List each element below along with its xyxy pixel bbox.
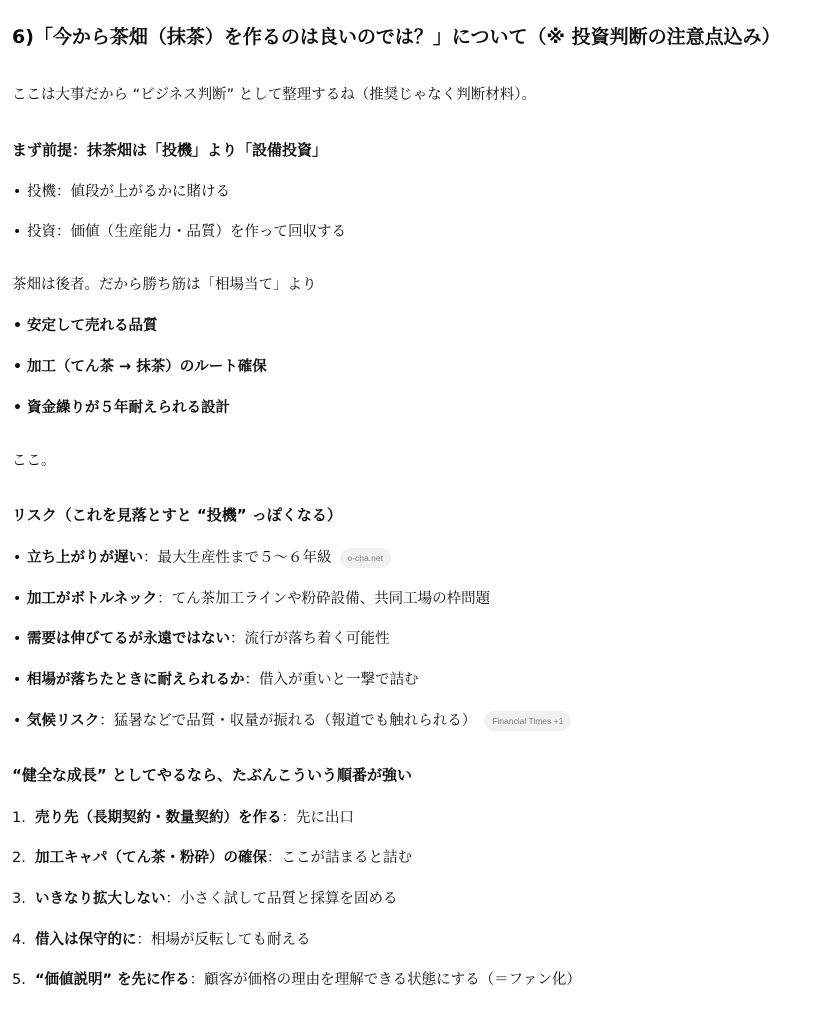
premise-heading: まず前提：抹茶畑は「投機」より「設備投資」 xyxy=(12,139,327,161)
item-label: 需要は伸びてるが永遠ではない xyxy=(27,628,230,650)
item-label: 投資 xyxy=(27,221,56,243)
item-text: 相場が反転しても耐える xyxy=(151,929,311,951)
growth-list-item: 3. いきなり拡大しない：小さく試して品質と採算を固める xyxy=(12,888,398,910)
winning-list-item: • 資金繰りが５年耐えられる設計 xyxy=(12,397,230,419)
item-label: 気候リスク xyxy=(27,710,99,732)
item-label: 加工がボトルネック xyxy=(27,588,157,610)
risk-list-item: • 需要は伸びてるが永遠ではない：流行が落ち着く可能性 xyxy=(12,628,390,650)
item-text: 資金繰りが５年耐えられる設計 xyxy=(27,397,230,419)
item-label: 加工キャパ（てん茶・粉砕）の確保 xyxy=(35,847,267,869)
bullet-icon: • xyxy=(12,181,27,203)
item-label: いきなり拡大しない xyxy=(35,888,166,910)
item-label: 相場が落ちたときに耐えられるか xyxy=(27,669,245,691)
item-text: 価値（生産能力・品質）を作って回収する xyxy=(71,221,347,243)
item-separator: ： xyxy=(143,547,158,569)
item-label: 借入は保守的に xyxy=(35,929,137,951)
item-number: 3. xyxy=(12,888,35,910)
growth-list-item: 2. 加工キャパ（てん茶・粉砕）の確保：ここが詰まると詰む xyxy=(12,847,412,869)
item-text: 安定して売れる品質 xyxy=(27,315,158,337)
winning-list-item: • 加工（てん茶 → 抹茶）のルート確保 xyxy=(12,356,267,378)
item-text: 借入が重いと一撃で詰む xyxy=(259,669,419,691)
winning-tail-paragraph: ここ。 xyxy=(12,450,56,472)
item-separator: ： xyxy=(190,969,205,991)
section-heading: 6)「今から茶畑（抹茶）を作るのは良いのでは？」について（※ 投資判断の注意点込… xyxy=(12,24,781,50)
item-text: 先に出口 xyxy=(296,807,354,829)
bullet-icon: • xyxy=(12,547,27,569)
item-text: 顧客が価格の理由を理解できる状態にする（＝ファン化） xyxy=(204,969,581,991)
risks-heading: リスク（これを見落とすと “投機” っぽくなる） xyxy=(12,504,342,526)
item-text: 値段が上がるかに賭ける xyxy=(71,181,231,203)
source-citation-pill[interactable]: Financial Times +1 xyxy=(484,711,571,731)
bullet-icon: • xyxy=(12,315,27,337)
item-separator: ： xyxy=(99,710,114,732)
bullet-icon: • xyxy=(12,710,27,732)
risk-list-item: • 気候リスク：猛暑などで品質・収量が振れる（報道でも触れられる） Financ… xyxy=(12,710,571,732)
item-label: 投機 xyxy=(27,181,56,203)
item-number: 1. xyxy=(12,807,35,829)
item-separator: ： xyxy=(230,628,245,650)
winning-list-item: • 安定して売れる品質 xyxy=(12,315,158,337)
item-separator: ： xyxy=(267,847,282,869)
risk-list-item: • 加工がボトルネック：てん茶加工ラインや粉砕設備、共同工場の枠問題 xyxy=(12,588,490,610)
premise-list-item: • 投資：価値（生産能力・品質）を作って回収する xyxy=(12,221,346,243)
item-text: 猛暑などで品質・収量が振れる（報道でも触れられる） xyxy=(114,710,477,732)
growth-list-item: 1. 売り先（長期契約・数量契約）を作る：先に出口 xyxy=(12,807,354,829)
item-label: 立ち上がりが遅い xyxy=(27,547,143,569)
winning-lead-paragraph: 茶畑は後者。だから勝ち筋は「相場当て」より xyxy=(12,274,317,296)
item-separator: ： xyxy=(137,929,152,951)
source-citation-pill[interactable]: o-cha.net xyxy=(340,548,391,568)
risk-list-item: • 立ち上がりが遅い：最大生産性まで５〜６年級 o-cha.net xyxy=(12,547,391,569)
bullet-icon: • xyxy=(12,669,27,691)
item-separator: ： xyxy=(56,181,71,203)
item-text: 最大生産性まで５〜６年級 xyxy=(158,547,332,569)
item-text: 小さく試して品質と採算を固める xyxy=(180,888,398,910)
growth-list-item: 5. “価値説明” を先に作る：顧客が価格の理由を理解できる状態にする（＝ファン… xyxy=(12,969,581,991)
growth-list-item: 4. 借入は保守的に：相場が反転しても耐える xyxy=(12,929,311,951)
item-separator: ： xyxy=(245,669,260,691)
item-text: ここが詰まると詰む xyxy=(282,847,413,869)
item-separator: ： xyxy=(157,588,172,610)
item-text: てん茶加工ラインや粉砕設備、共同工場の枠問題 xyxy=(172,588,491,610)
item-label: “価値説明” を先に作る xyxy=(35,969,190,991)
item-separator: ： xyxy=(282,807,297,829)
bullet-icon: • xyxy=(12,397,27,419)
item-number: 4. xyxy=(12,929,35,951)
growth-heading: “健全な成長” としてやるなら、たぶんこういう順番が強い xyxy=(12,764,412,786)
risk-list-item: • 相場が落ちたときに耐えられるか：借入が重いと一撃で詰む xyxy=(12,669,419,691)
item-label: 売り先（長期契約・数量契約）を作る xyxy=(35,807,282,829)
premise-list-item: • 投機：値段が上がるかに賭ける xyxy=(12,181,230,203)
bullet-icon: • xyxy=(12,588,27,610)
bullet-icon: • xyxy=(12,221,27,243)
item-number: 5. xyxy=(12,969,35,991)
item-separator: ： xyxy=(166,888,181,910)
bullet-icon: • xyxy=(12,356,27,378)
item-text: 流行が落ち着く可能性 xyxy=(245,628,390,650)
bullet-icon: • xyxy=(12,628,27,650)
item-number: 2. xyxy=(12,847,35,869)
intro-paragraph: ここは大事だから “ビジネス判断” として整理するね（推奨じゃなく判断材料）。 xyxy=(12,84,536,106)
item-text: 加工（てん茶 → 抹茶）のルート確保 xyxy=(27,356,267,378)
item-separator: ： xyxy=(56,221,71,243)
